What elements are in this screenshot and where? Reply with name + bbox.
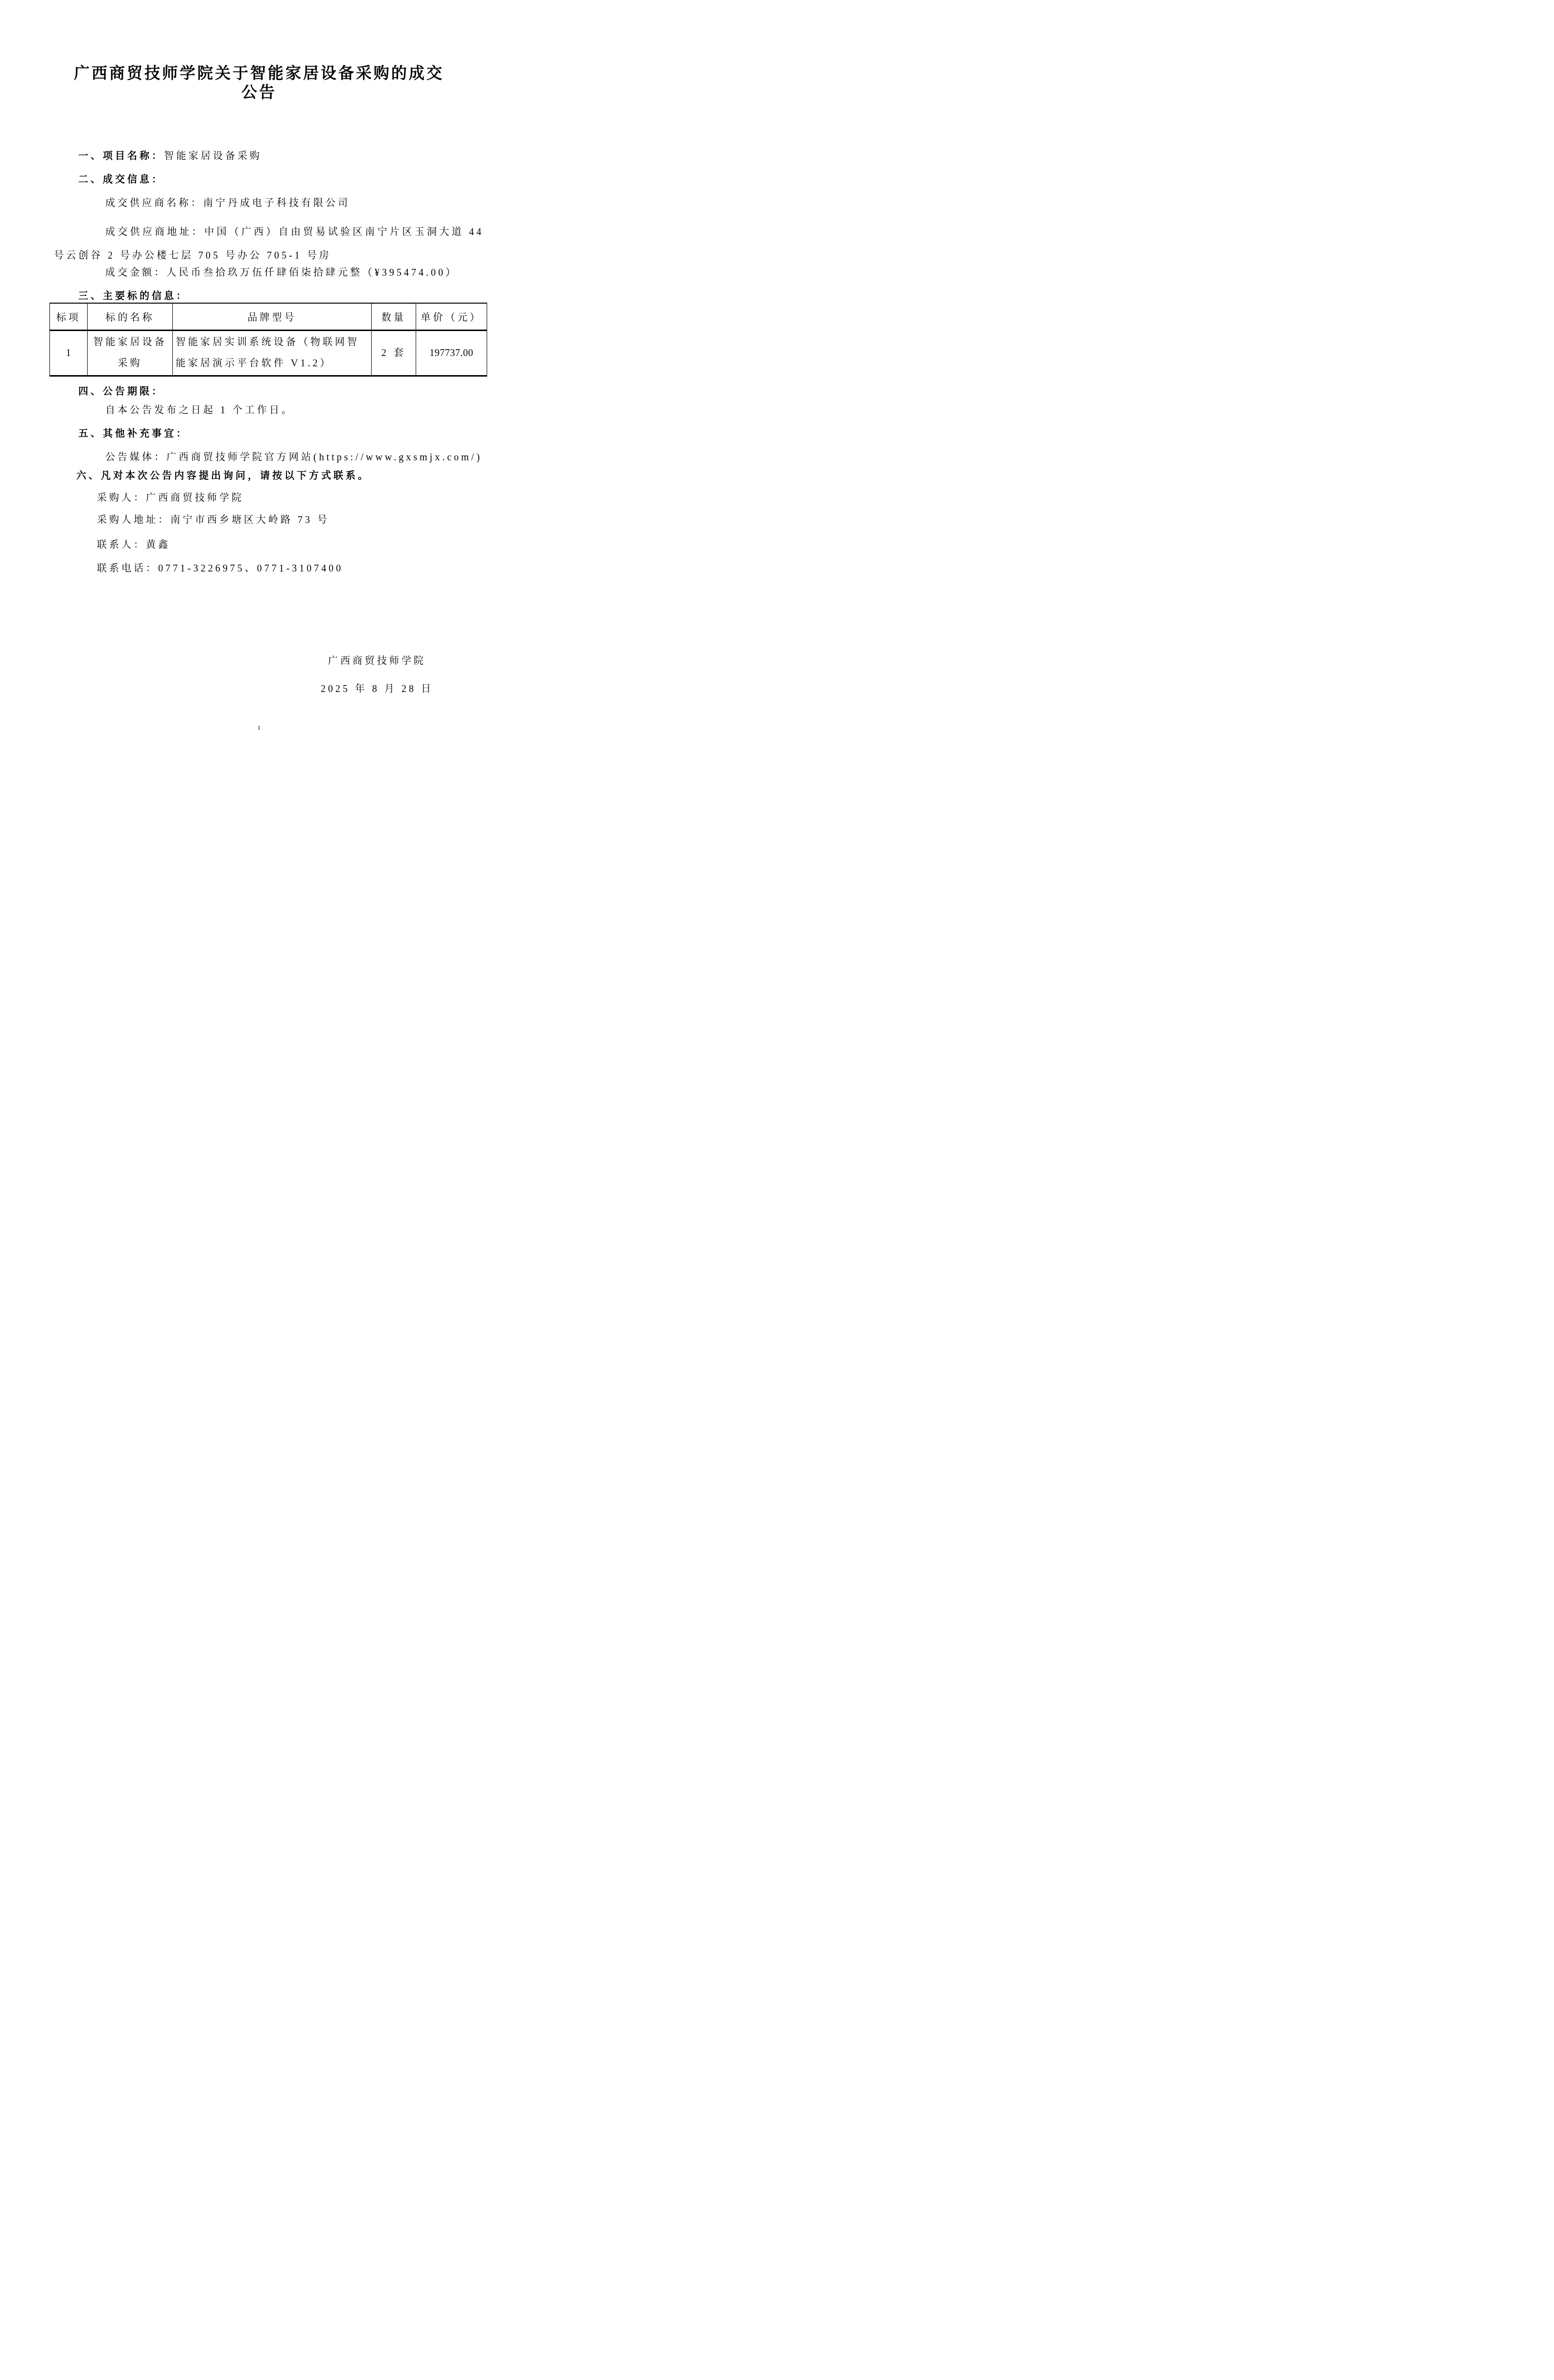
col-header-quantity: 数量 <box>372 303 416 331</box>
items-table: 标项 标的名称 品牌型号 数量 单价（元） 1 智能家居设备采购 智能家居实训系… <box>49 303 487 377</box>
supplier-name-line: 成交供应商名称：南宁丹成电子科技有限公司 <box>105 197 350 209</box>
cell-item-no: 1 <box>50 331 88 376</box>
section-1-project-name: 一、项目名称：智能家居设备采购 <box>78 150 262 162</box>
contact-person-line: 联系人：黄鑫 <box>97 539 170 551</box>
document-title-line2: 公告 <box>0 83 518 102</box>
contact-phone-line: 联系电话：0771-3226975、0771-3107400 <box>97 563 343 574</box>
section-1-value: 智能家居设备采购 <box>164 151 262 162</box>
document-page: { "doc": { "title_lines": ["广西商贸技师学院关于智能… <box>0 0 518 793</box>
award-amount-line: 成交金额：人民币叁拾玖万伍仟肆佰柒拾肆元整（¥395474.00） <box>105 267 458 279</box>
cell-unit-price: 197737.00 <box>416 331 487 376</box>
signature-date: 2025 年 8 月 28 日 <box>294 683 460 695</box>
items-table-header-row: 标项 标的名称 品牌型号 数量 单价（元） <box>50 303 487 331</box>
items-table-row: 1 智能家居设备采购 智能家居实训系统设备（物联网智能家居演示平台软件 V1.2… <box>50 331 487 376</box>
document-title: 广西商贸技师学院关于智能家居设备采购的成交 公告 <box>0 64 518 102</box>
section-1-label: 一、项目名称： <box>78 151 164 162</box>
buyer-address-line: 采购人地址：南宁市西乡塘区大岭路 73 号 <box>97 514 330 526</box>
document-title-line1: 广西商贸技师学院关于智能家居设备采购的成交 <box>0 64 518 83</box>
col-header-brand-model: 品牌型号 <box>173 303 372 331</box>
notice-period-line: 自本公告发布之日起 1 个工作日。 <box>105 405 294 416</box>
signature-organization: 广西商贸技师学院 <box>294 655 460 667</box>
cell-quantity: 2 套 <box>372 331 416 376</box>
section-5-other-matters: 五、其他补充事宜： <box>78 428 188 440</box>
supplier-address-paragraph: 成交供应商地址：中国（广西）自由贸易试验区南宁片区玉洞大道 44 号云创谷 2 … <box>54 220 484 267</box>
announcement-media-line: 公告媒体：广西商贸技师学院官方网站(https://www.gxsmjx.com… <box>105 452 482 463</box>
page-number: 1 <box>0 724 518 732</box>
col-header-unit-price: 单价（元） <box>416 303 487 331</box>
buyer-line: 采购人：广西商贸技师学院 <box>97 492 244 504</box>
section-6-inquiry-contact: 六、凡对本次公告内容提出询问，请按以下方式联系。 <box>76 470 370 482</box>
col-header-item-no: 标项 <box>50 303 88 331</box>
cell-name: 智能家居设备采购 <box>88 331 173 376</box>
cell-brand-model: 智能家居实训系统设备（物联网智能家居演示平台软件 V1.2） <box>173 331 372 376</box>
section-2-award-info: 二、成交信息： <box>78 174 164 186</box>
section-3-main-subject: 三、主要标的信息： <box>78 290 188 302</box>
section-4-notice-period: 四、公告期限： <box>78 386 164 398</box>
col-header-name: 标的名称 <box>88 303 173 331</box>
